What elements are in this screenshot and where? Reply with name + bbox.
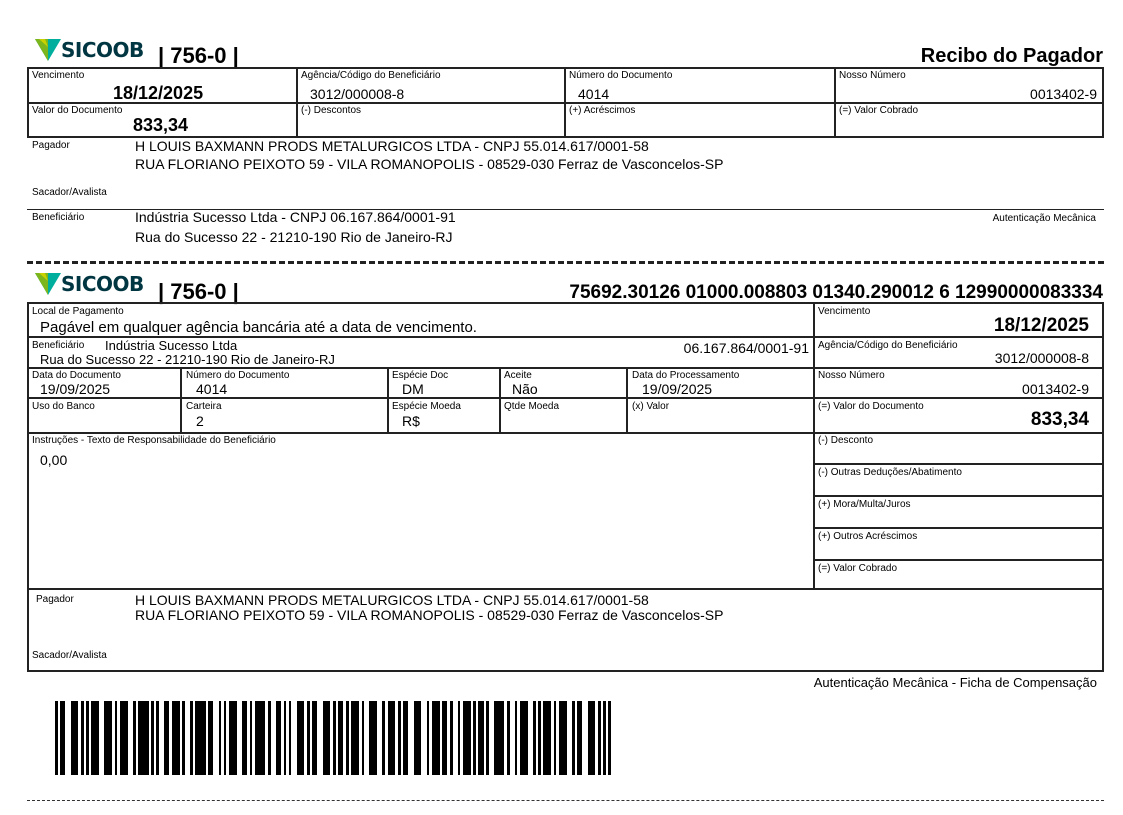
receipt-beneficiario-label: Beneficiário [32, 212, 84, 223]
slip-numero-documento-label: Número do Documento [186, 370, 289, 381]
slip-agencia-label: Agência/Código do Beneficiário [818, 340, 958, 351]
slip-pagador-label: Pagador [36, 594, 74, 605]
sicoob-logo: SICOOB [35, 38, 144, 62]
carteira-label: Carteira [186, 401, 222, 412]
uso-banco-label: Uso do Banco [32, 401, 95, 412]
receipt-agencia-value: 3012/000008-8 [310, 87, 404, 102]
linha-digitavel: 75692.30126 01000.008803 01340.290012 6 … [569, 282, 1103, 304]
receipt-pagador-line1: H LOUIS BAXMANN PRODS METALURGICOS LTDA … [135, 139, 649, 154]
sicoob-logo-text: SICOOB [61, 272, 144, 296]
slip-beneficiario-label: Beneficiário [32, 340, 84, 351]
receipt-numero-documento-value: 4014 [578, 87, 609, 102]
aceite-value: Não [512, 382, 538, 397]
barcode [55, 701, 611, 775]
local-pagamento-value: Pagável em qualquer agência bancária até… [40, 320, 477, 335]
outros-acrescimos-label: (+) Outros Acréscimos [818, 531, 917, 542]
receipt-vencimento-label: Vencimento [32, 70, 84, 81]
sicoob-logo-slip: SICOOB [35, 272, 144, 296]
x-valor-label: (x) Valor [632, 401, 669, 412]
carteira-value: 2 [196, 414, 204, 429]
sicoob-logo-icon [35, 39, 61, 61]
slip-nosso-numero-label: Nosso Número [818, 370, 885, 381]
slip-beneficiario-address: Rua do Sucesso 22 - 21210-190 Rio de Jan… [40, 352, 335, 367]
instrucoes-label: Instruções - Texto de Responsabilidade d… [32, 435, 276, 446]
especie-doc-label: Espécie Doc [392, 370, 448, 381]
local-pagamento-label: Local de Pagamento [32, 306, 124, 317]
receipt-sacador-label: Sacador/Avalista [32, 187, 107, 198]
desconto-label: (-) Desconto [818, 435, 873, 446]
receipt-beneficiario-line2: Rua do Sucesso 22 - 21210-190 Rio de Jan… [135, 230, 453, 245]
slip-pagador-line1: H LOUIS BAXMANN PRODS METALURGICOS LTDA … [135, 593, 649, 608]
receipt-valor-documento-value: 833,34 [133, 115, 188, 135]
mora-multa-juros-label: (+) Mora/Multa/Juros [818, 499, 911, 510]
qtde-moeda-label: Qtde Moeda [504, 401, 559, 412]
receipt-title: Recibo do Pagador [921, 45, 1103, 68]
receipt-numero-documento-label: Número do Documento [569, 70, 672, 81]
sicoob-logo-icon [35, 273, 61, 295]
receipt-beneficiario-line1: Indústria Sucesso Ltda - CNPJ 06.167.864… [135, 210, 456, 225]
receipt-pagador-line2: RUA FLORIANO PEIXOTO 59 - VILA ROMANOPOL… [135, 157, 724, 172]
receipt-nosso-numero-label: Nosso Número [839, 70, 906, 81]
especie-moeda-label: Espécie Moeda [392, 401, 461, 412]
cut-line-top [27, 261, 1104, 264]
data-processamento-value: 19/09/2025 [642, 382, 712, 397]
receipt-descontos-label: (-) Descontos [301, 105, 361, 116]
receipt-acrescimos-label: (+) Acréscimos [569, 105, 635, 116]
data-documento-label: Data do Documento [32, 370, 121, 381]
slip-vencimento-label: Vencimento [818, 306, 870, 317]
receipt-valor-cobrado-label: (=) Valor Cobrado [839, 105, 918, 116]
data-documento-value: 19/09/2025 [40, 382, 110, 397]
bank-code-slip: | 756-0 | [158, 280, 239, 304]
slip-autenticacao: Autenticação Mecânica - Ficha de Compens… [814, 675, 1097, 690]
outras-deducoes-label: (-) Outras Deduções/Abatimento [818, 467, 962, 478]
instrucoes-value: 0,00 [40, 453, 67, 468]
slip-nosso-numero-value: 0013402-9 [1022, 382, 1089, 397]
receipt-autenticacao: Autenticação Mecânica [993, 213, 1096, 224]
bank-code: | 756-0 | [158, 44, 239, 68]
slip-pagador-line2: RUA FLORIANO PEIXOTO 59 - VILA ROMANOPOL… [135, 608, 724, 623]
slip-beneficiario-name: Indústria Sucesso Ltda [105, 338, 237, 353]
slip-valor-cobrado-label: (=) Valor Cobrado [818, 563, 897, 574]
receipt-nosso-numero-value: 0013402-9 [1030, 87, 1097, 102]
aceite-label: Aceite [504, 370, 532, 381]
receipt-vencimento-value: 18/12/2025 [113, 83, 203, 103]
receipt-pagador-label: Pagador [32, 140, 70, 151]
receipt-valor-documento-label: Valor do Documento [32, 105, 122, 116]
slip-numero-documento-value: 4014 [196, 382, 227, 397]
receipt-agencia-label: Agência/Código do Beneficiário [301, 70, 441, 81]
especie-doc-value: DM [402, 382, 424, 397]
especie-moeda-value: R$ [402, 414, 420, 429]
slip-agencia-value: 3012/000008-8 [995, 351, 1089, 366]
slip-beneficiario-cnpj: 06.167.864/0001-91 [684, 341, 809, 356]
data-processamento-label: Data do Processamento [632, 370, 739, 381]
sicoob-logo-text: SICOOB [61, 38, 144, 62]
slip-vencimento-value: 18/12/2025 [994, 316, 1089, 336]
cut-line-bottom [27, 800, 1104, 801]
slip-valor-documento-label: (=) Valor do Documento [818, 401, 924, 412]
slip-sacador-label: Sacador/Avalista [32, 650, 107, 661]
slip-valor-documento-value: 833,34 [1031, 410, 1089, 430]
